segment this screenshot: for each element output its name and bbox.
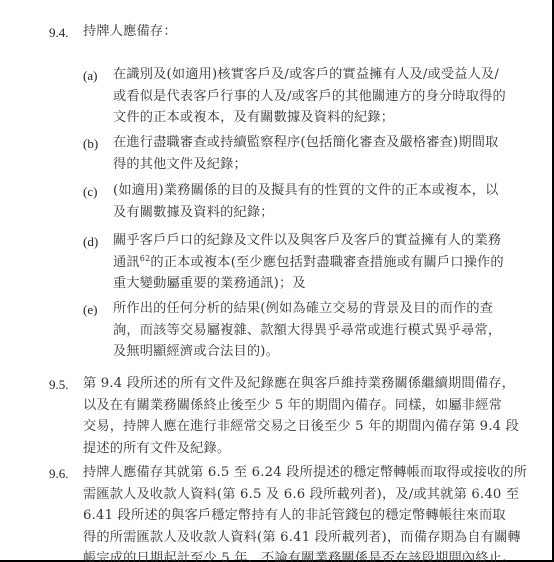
item-label-a: (a) bbox=[83, 68, 97, 84]
document-page: 9.4. 持牌人應備存： (a) 在識別及(如適用)核實客戶及/或客戶的實益擁有… bbox=[0, 0, 554, 562]
item-label-c: (c) bbox=[83, 184, 97, 200]
footnote-ref[interactable]: 62 bbox=[140, 254, 151, 263]
item-c-text: (如適用)業務關係的目的及擬具有的性質的文件的正本或複本，以 及有關數據及資料的… bbox=[113, 180, 498, 223]
item-a-text: 在識別及(如適用)核實客戶及/或客戶的實益擁有人及/或受益人及/ 或看似是代表客… bbox=[113, 64, 498, 129]
section-number: 9.6. bbox=[49, 466, 69, 482]
item-label-d: (d) bbox=[83, 234, 98, 250]
item-label-e: (e) bbox=[83, 302, 97, 318]
item-label-b: (b) bbox=[83, 136, 98, 152]
section-9-6-text: 持牌人應備存其就第 6.5 至 6.24 段所提述的穩定幣轉帳而取得或接收的所 … bbox=[83, 462, 503, 562]
section-number: 9.4. bbox=[49, 25, 69, 41]
section-heading: 持牌人應備存： bbox=[83, 21, 503, 43]
item-d-text: 關乎客戶戶口的紀錄及文件以及與客戶及客戶的實益擁有人的業務 通訊62的正本或複本… bbox=[113, 230, 498, 295]
section-9-5-text: 第 9.4 段所述的所有文件及紀錄應在與客戶維持業務關係繼續期間備存， 以及在有… bbox=[83, 373, 503, 459]
section-number: 9.5. bbox=[49, 377, 69, 393]
item-e-text: 所作出的任何分析的結果(例如為確立交易的背景及目的而作的查 詢，而該等交易屬複雜… bbox=[113, 298, 498, 363]
item-b-text: 在進行盡職審查或持續監察程序(包括簡化審查及嚴格審查)期間取 得的其他文件及紀錄… bbox=[113, 132, 498, 175]
